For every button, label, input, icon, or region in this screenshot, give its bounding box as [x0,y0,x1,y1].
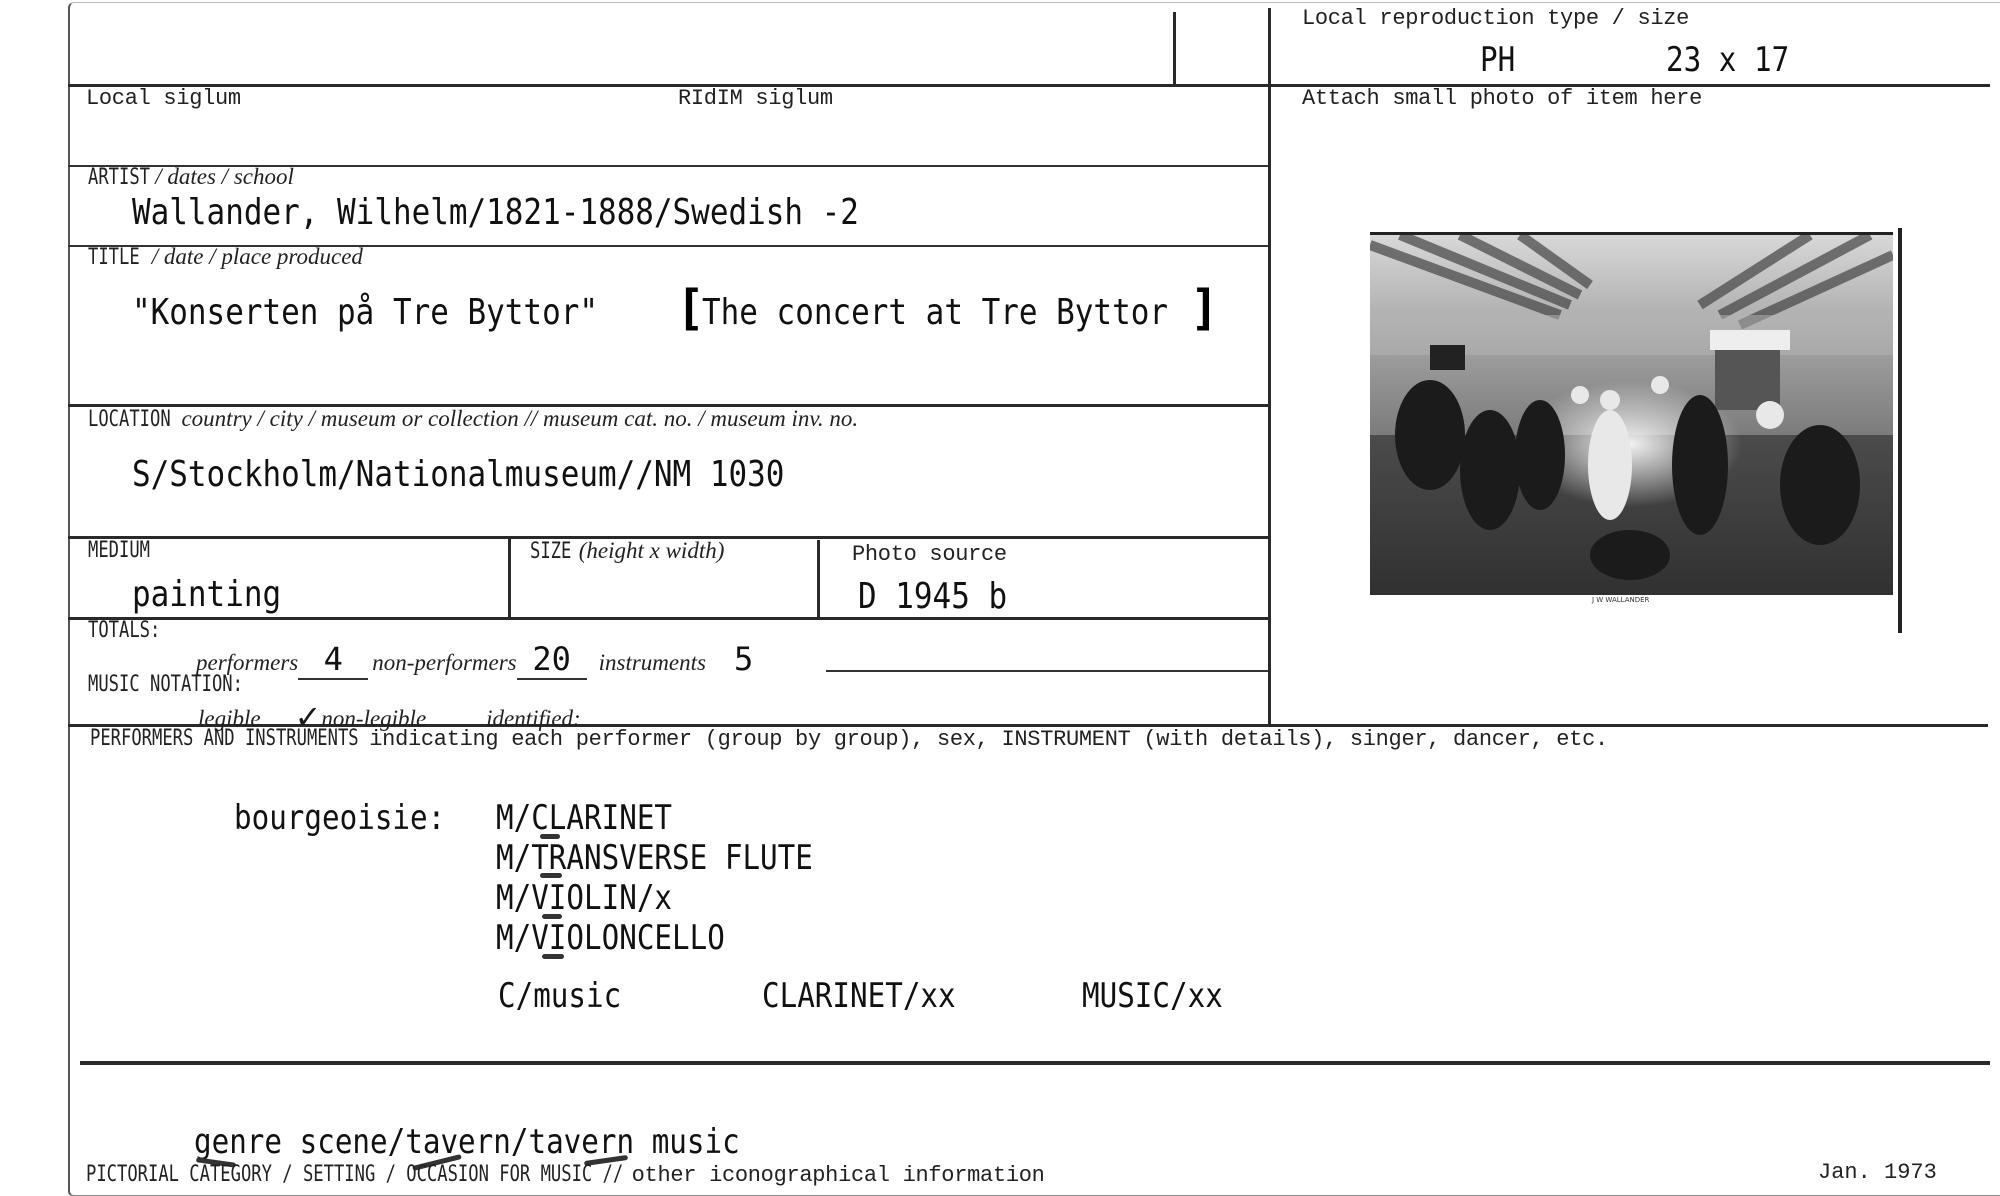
size-photo-source-divider [817,540,820,618]
performers-header: PERFORMERS AND INSTRUMENTS indicating ea… [90,726,1608,752]
photo-source-value: D 1945 b [858,576,1007,617]
medium-size-divider [508,536,511,618]
rule-pictorial-top [80,1061,1990,1065]
performer-entry: M/VIOLIN/x [496,878,672,918]
pencil-underline-mark [542,954,564,959]
artist-label-italic: / dates / school [149,164,293,189]
performer-group-label: bourgeoisie: [234,798,445,838]
attach-photo-label: Attach small photo of item here [1302,86,1702,111]
top-row-divider [1173,12,1176,86]
medium-value: painting [132,574,281,615]
size-label-italic: (height x width) [573,538,724,563]
location-label-caps: LOCATION [88,407,171,432]
performer-entry: M/VIOLONCELLO [496,918,725,958]
performer-entry: M/TRANSVERSE FLUTE [496,838,813,878]
music-notation-label: MUSIC NOTATION: [88,672,243,697]
medium-label: MEDIUM [88,538,150,563]
instruments-label: instruments [599,650,706,675]
performer-extra: CLARINET/xx [762,976,956,1016]
tavern-scene-image [1370,235,1893,595]
performers-value: 4 [298,640,368,680]
performers-label-caps: PERFORMERS AND INSTRUMENTS [90,726,359,751]
local-siglum-label: Local siglum [86,86,241,111]
location-value: S/Stockholm/Nationalmuseum//NM 1030 [132,454,784,495]
non-performers-label: non-performers [372,650,516,675]
instruments-value: 5 [734,640,753,678]
title-bracket-close: ] [1190,280,1219,336]
artist-label: ARTIST / dates / school [88,164,294,190]
pictorial-label-caps: PICTORIAL CATEGORY / SETTING / OCCASION … [86,1162,623,1187]
card-date: Jan. 1973 [1818,1160,1937,1185]
rule-instruments-end [826,670,1268,672]
performer-extra: C/music [498,976,621,1016]
painting-photo [1370,232,1893,595]
performer-entry: M/CLARINET [496,798,672,838]
title-translation-value: The concert at Tre Byttor [702,292,1168,333]
size-label: SIZE (height x width) [530,538,724,564]
pictorial-label: PICTORIAL CATEGORY / SETTING / OCCASION … [86,1162,1045,1188]
artist-label-caps: ARTIST [88,165,150,190]
title-original-value: "Konserten på Tre Byttor" [132,292,598,333]
repro-type-value: PH [1480,40,1515,80]
title-label-italic: / date / place produced [140,244,363,269]
location-label: LOCATION country / city / museum or coll… [88,406,858,432]
totals-label: TOTALS: [88,618,160,643]
repro-type-size-label: Local reproduction type / size [1302,6,1689,31]
repro-size-value: 23 x 17 [1666,40,1789,80]
location-label-italic: country / city / museum or collection //… [170,406,858,431]
title-label: TITLE / date / place produced [88,244,363,270]
performers-label-rest: indicating each performer (group by grou… [356,727,1608,752]
pictorial-value: genre scene/tavern/tavern music [194,1122,740,1162]
photo-source-label: Photo source [852,542,1007,567]
pencil-underline-mark [542,914,562,919]
non-performers-value: 20 [517,640,587,680]
pencil-underline-mark [540,834,560,839]
photo-caption: J W WALLANDER [1592,596,1649,604]
title-label-caps: TITLE [88,245,140,270]
rule-totals-top [68,617,1268,620]
totals-row: performers4 non-performers20 instruments… [196,640,753,680]
pencil-underline-mark [540,873,562,878]
title-bracket-open: [ [676,280,705,336]
pictorial-label-rest: other iconographical information [619,1163,1045,1188]
ridim-siglum-label: RIdIM siglum [678,86,833,111]
right-column-divider [1268,8,1271,726]
artist-value: Wallander, Wilhelm/1821-1888/Swedish -2 [132,192,859,233]
performer-extra: MUSIC/xx [1082,976,1223,1016]
size-label-caps: SIZE [530,539,571,564]
